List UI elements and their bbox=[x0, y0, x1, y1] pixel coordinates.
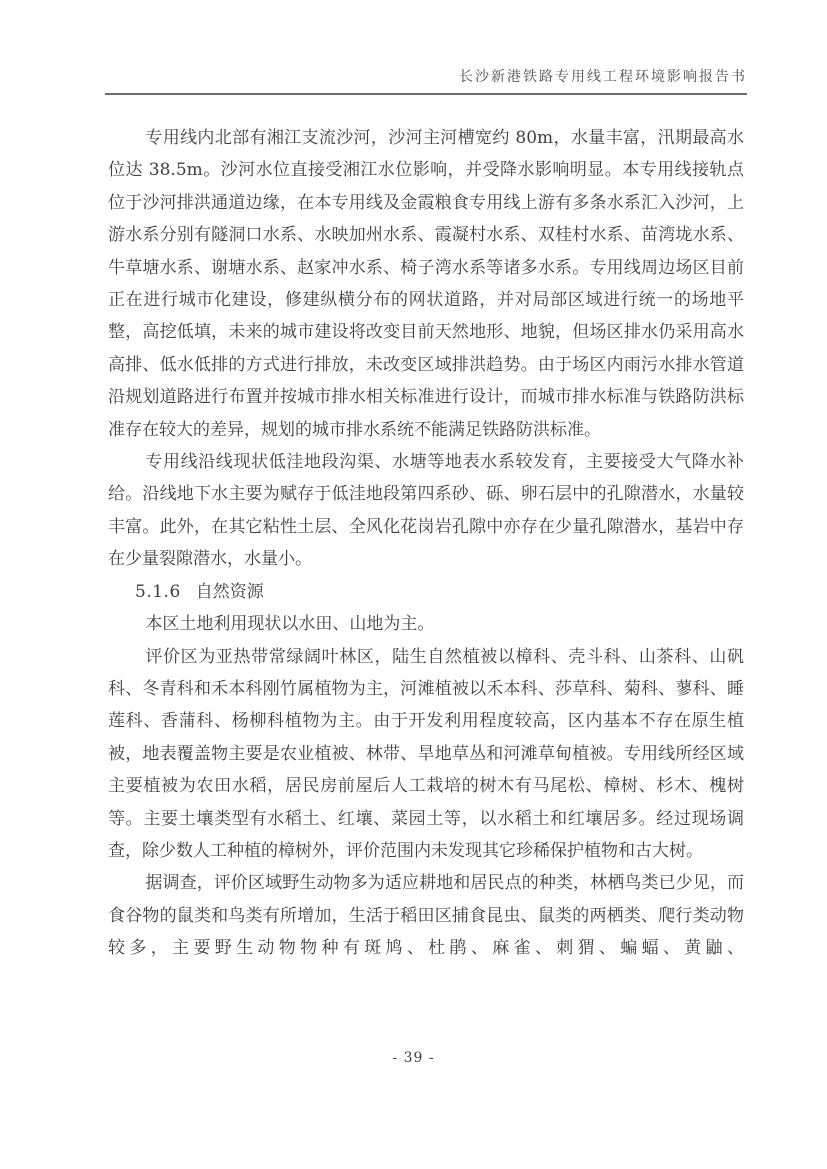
section-number: 5.1.6 bbox=[135, 582, 181, 602]
section-title: 自然资源 bbox=[196, 582, 264, 602]
para-sha-river-flood: 专用线内北部有湘江支流沙河，沙河主河槽宽约 80m，水量丰富，汛期最高水位达 3… bbox=[108, 122, 744, 446]
header-title: 长沙新港铁路专用线工程环境影响报告书 bbox=[105, 68, 747, 86]
page-header: 长沙新港铁路专用线工程环境影响报告书 bbox=[105, 68, 747, 95]
para-vegetation: 评价区为亚热带常绿阔叶林区，陆生自然植被以樟科、壳斗科、山茶科、山矾科、冬青科和… bbox=[108, 641, 744, 868]
document-body: 专用线内北部有湘江支流沙河，沙河主河槽宽约 80m，水量丰富，汛期最高水位达 3… bbox=[108, 122, 744, 965]
para-wildlife: 据调查，评价区域野生动物多为适应耕地和居民点的种类，林栖鸟类已少见，而食谷物的鼠… bbox=[108, 867, 744, 964]
section-heading-natural-resources: 5.1.6自然资源 bbox=[108, 576, 744, 608]
document-page: 长沙新港铁路专用线工程环境影响报告书 专用线内北部有湘江支流沙河，沙河主河槽宽约… bbox=[0, 0, 827, 1169]
para-land-use: 本区土地利用现状以水田、山地为主。 bbox=[108, 608, 744, 640]
page-footer: - 39 - bbox=[0, 1048, 827, 1068]
page-number: - 39 - bbox=[392, 1050, 434, 1066]
para-groundwater: 专用线沿线现状低洼地段沟渠、水塘等地表水系较发育，主要接受大气降水补给。沿线地下… bbox=[108, 446, 744, 576]
header-rule bbox=[105, 93, 747, 95]
